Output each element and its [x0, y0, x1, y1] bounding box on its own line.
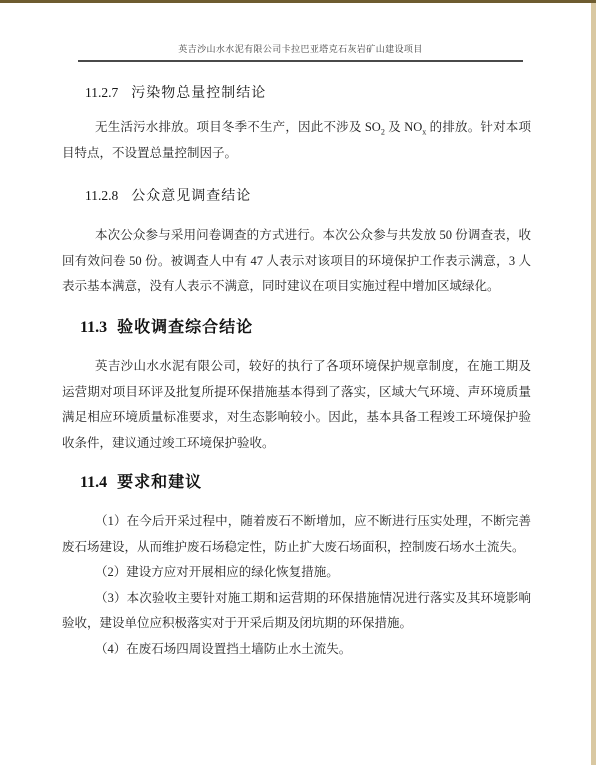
- section-heading-11-2-7: 11.2.7污染物总量控制结论: [85, 85, 266, 101]
- list-item: （4）在废石场四周设置挡土墙防止水土流失。: [62, 637, 531, 663]
- section-heading-11-3: 11.3验收调查综合结论: [80, 320, 253, 336]
- page-header-title: 英吉沙山水水泥有限公司卡拉巴亚塔克石灰岩矿山建设项目: [178, 44, 422, 54]
- top-border-bar: [0, 0, 596, 3]
- section-heading-11-2-8: 11.2.8公众意见调查结论: [85, 188, 251, 204]
- paragraph-11-3: 英吉沙山水水泥有限公司，较好的执行了各项环境保护规章制度，在施工期及运营期对项目…: [62, 354, 531, 456]
- list-item: （1）在今后开采过程中，随着废石不断增加，应不断进行压实处理，不断完善废石场建设…: [62, 509, 531, 560]
- section-title: 污染物总量控制结论: [131, 84, 266, 100]
- section-heading-11-4: 11.4要求和建议: [80, 475, 202, 491]
- list-item: （3）本次验收主要针对施工期和运营期的环保措施情况进行落实及其环境影响验收，建设…: [62, 586, 531, 637]
- section-title: 验收调查综合结论: [117, 319, 253, 336]
- section-number: 11.2.8: [85, 188, 118, 203]
- body-text: 英吉沙山水水泥有限公司，较好的执行了各项环境保护规章制度，在施工期及运营期对项目…: [62, 354, 531, 456]
- body-text: 本次公众参与采用问卷调查的方式进行。本次公众参与共发放 50 份调查表，收回有效…: [62, 223, 531, 300]
- section-number: 11.2.7: [85, 85, 118, 100]
- paragraph-11-4-list: （1）在今后开采过程中，随着废石不断增加，应不断进行压实处理，不断完善废石场建设…: [62, 509, 531, 662]
- section-number: 11.3: [80, 319, 107, 336]
- section-number: 11.4: [80, 474, 107, 491]
- document-page: { "colors": { "top_bar": "#6e5c30", "edg…: [0, 0, 596, 765]
- section-title: 公众意见调查结论: [131, 187, 251, 203]
- body-text: 无生活污水排放。项目冬季不生产，因此不涉及 SO2 及 NOx 的排放。针对本项…: [62, 115, 531, 166]
- paragraph-11-2-8: 本次公众参与采用问卷调查的方式进行。本次公众参与共发放 50 份调查表，收回有效…: [62, 223, 531, 300]
- page-edge-strip: [591, 0, 596, 765]
- list-item: （2）建设方应对开展相应的绿化恢复措施。: [62, 560, 531, 586]
- page-header: 英吉沙山水水泥有限公司卡拉巴亚塔克石灰岩矿山建设项目: [78, 45, 523, 62]
- section-title: 要求和建议: [117, 474, 202, 491]
- paragraph-11-2-7: 无生活污水排放。项目冬季不生产，因此不涉及 SO2 及 NOx 的排放。针对本项…: [62, 115, 531, 166]
